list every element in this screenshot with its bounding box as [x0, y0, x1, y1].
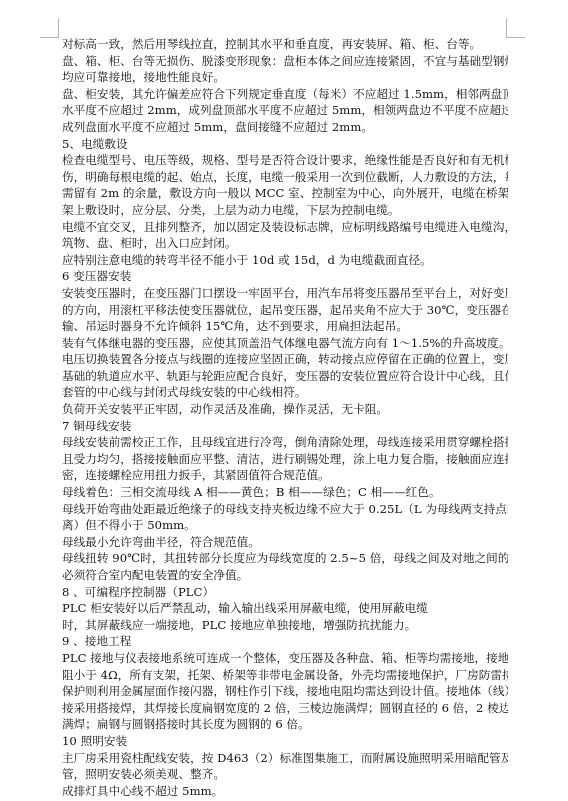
page-corner-mark-top-right: [506, 18, 525, 38]
text-line: 管，照明安装必须美观、整齐。: [62, 766, 508, 783]
text-line: 需留有 2m 的余量，敷设方向一般以 MCC 室、控制室为中心，向外展开，电缆在…: [62, 185, 508, 202]
text-line: 套管的中心线与封闭式母线安装的中心线相符。: [62, 384, 508, 401]
section-heading: 7 铜母线安装: [62, 418, 508, 435]
text-line: 时，其屏蔽线应一端接地，PLC 接地应单独接地，增强防抗扰能力。: [62, 617, 508, 634]
text-line: 母线开始弯曲处距最近绝缘子的母线支持夹板边缘不应大于 0.25L（L 为母线两支…: [62, 501, 508, 518]
text-line: 母线最小允许弯曲半径，符合规范值。: [62, 534, 508, 551]
text-line: 基础的轨道应水平、轨距与轮距应配合良好，变压器的安装位置应符合设计中心线，且低压: [62, 368, 508, 385]
text-line: 阻小于 4Ω，所有支架，托架、桥架等非带电金属设备，外壳均需接地保护，厂房防雷接…: [62, 667, 508, 684]
text-line: 均应可靠接地，接地性能良好。: [62, 69, 508, 86]
text-line: 母线安装前需校正工作，且母线宜进行冷弯，倒角清除处理，母线连接采用贯穿螺栓搭接，: [62, 434, 508, 451]
text-line: 盘、箱、柜、台等无损伤、脱漆变形现象：盘柜本体之间应连接紧固，不宜与基础型钢焊死…: [62, 53, 508, 70]
text-line: 保护则利用金属屋面作接闪器，钢柱作引下线，接地电阻均需达到设计值。接地体（线）连: [62, 683, 508, 700]
document-page: 对标高一致，然后用琴线拉直，控制其水平和垂直度，再安装屏、箱、柜、台等。盘、箱、…: [0, 0, 568, 801]
text-line: 必须符合室内配电装置的安全净值。: [62, 567, 508, 584]
text-line: 水平度不应超过 2mm，成列盘顶部水平度不应超过 5mm，相领两盘边不平度不应超…: [62, 102, 508, 119]
text-line: 安装变压器时，在变压器门口摆设一牢固平台，用汽车吊将变压器吊至平台上，对好变压器: [62, 285, 508, 302]
text-line: 输、吊运时器身不允许倾斜 15℃角，达不到要求，用扁担法起吊。: [62, 318, 508, 335]
text-line: PLC 接地与仪表接地系统可连成一个整体，变压器及各种盘、箱、柜等均需接地，接地…: [62, 650, 508, 667]
text-line: 主厂房采用瓷柱配线安装，按 D463（2）标准图集施工，而附属设施照明采用暗配管…: [62, 750, 508, 767]
text-line: 装有气体继电器的变压器，应使其顶盖沿气体继电器气流方向有 1～1.5%的升高坡度…: [62, 335, 508, 352]
text-line: 应特别注意电缆的转弯半径不能小于 10d 或 15d，d 为电缆截面直径。: [62, 252, 508, 269]
page-corner-mark-top-left: [40, 18, 59, 38]
text-line: PLC 柜安装好以后严禁乱动，输入输出线采用屏蔽电缆，使用屏蔽电缆: [62, 600, 508, 617]
text-line: 离）但不得小于 50mm。: [62, 517, 508, 534]
document-body[interactable]: 对标高一致，然后用琴线拉直，控制其水平和垂直度，再安装屏、箱、柜、台等。盘、箱、…: [62, 36, 508, 799]
text-line: 负荷开关安装平正牢固，动作灵活及准确，操作灵活，无卡阻。: [62, 401, 508, 418]
text-line: 筑物、盘、柜时，出入口应封闭。: [62, 235, 508, 252]
text-line: 成列盘面水平度不应超过 5mm，盘间接缝不应超过 2mm。: [62, 119, 508, 136]
section-heading: 8 、可编程序控制器（PLC）: [62, 584, 508, 601]
text-line: 电缆不宜交叉，且排列整齐，加以固定及装设标志牌，应标明线路编号电缆进入电缆沟，建: [62, 219, 508, 236]
text-line: 的方向，用滚杠平移法使变压器就位，起吊变压器，起吊夹角不应大于 30℃，变压器在…: [62, 302, 508, 319]
section-heading: 9 、接地工程: [62, 633, 508, 650]
section-heading: 6 变压器安装: [62, 268, 508, 285]
text-line: 对标高一致，然后用琴线拉直，控制其水平和垂直度，再安装屏、箱、柜、台等。: [62, 36, 508, 53]
text-line: 架上敷设时，应分层、分类，上层为动力电缆，下层为控制电缆。: [62, 202, 508, 219]
text-line: 伤，明确每根电缆的起、始点，长度，电缆一般采用一次到位截断，人力敷设的方法，每根: [62, 169, 508, 186]
section-heading: 10 照明安装: [62, 733, 508, 750]
text-line: 成排灯具中心线不超过 5mm。: [62, 783, 508, 800]
text-line: 盘、柜安装，其允许偏差应符合下列规定垂直度（每米）不应超过 1.5mm，相邻两盘…: [62, 86, 508, 103]
text-line: 且受力均匀，搭接接触面应平整、清洁，进行刷锡处理，涂上电力复合脂，接触面应连接紧: [62, 451, 508, 468]
text-line: 密，连接螺栓应用扭力扳手，其紧固值符合规范值。: [62, 467, 508, 484]
text-line: 接采用搭接焊，其焊接长度扁钢宽度的 2 倍，三棱边施满焊；圆钢直径的 6 倍，2…: [62, 700, 508, 717]
section-heading: 5、电缆敷设: [62, 136, 508, 153]
text-line: 满焊；扁钢与圆钢搭接时其长度为圆钢的 6 倍。: [62, 716, 508, 733]
text-line: 电压切换装置各分接点与线圈的连接应坚固正确，转动接点应停留在正确的位置上，变压器: [62, 351, 508, 368]
text-line: 母线扭转 90℃时，其扭转部分长度应为母线宽度的 2.5~5 倍，母线之间及对地…: [62, 550, 508, 567]
text-line: 母线着色：三相交流母线 A 相——黄色；B 相——绿色；C 相——红色。: [62, 484, 508, 501]
text-line: 检查电缆型号、电压等级，规格、型号是否符合设计要求，绝缘性能是否良好和有无机械损: [62, 152, 508, 169]
